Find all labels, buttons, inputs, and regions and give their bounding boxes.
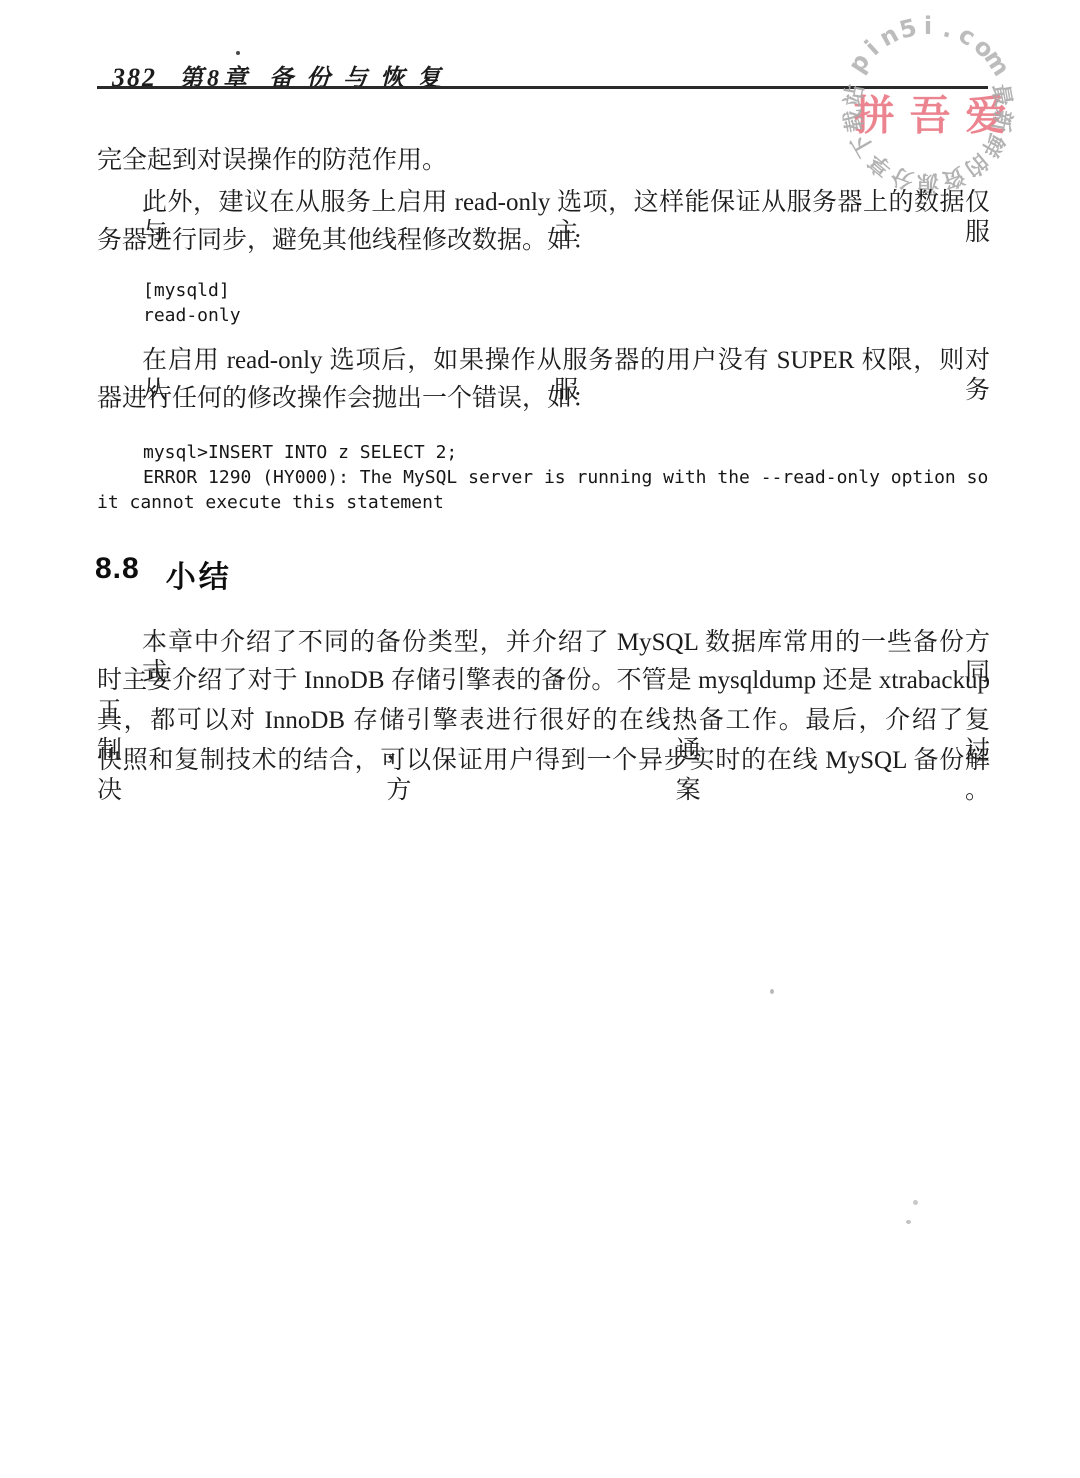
scan-speck xyxy=(770,989,774,994)
watermark-arc-letter: o xyxy=(968,32,999,64)
watermark-ring-char: 下 xyxy=(843,129,881,164)
paragraph-2-line-2: 务器进行同步，避免其他线程修改数据。如： xyxy=(97,226,597,256)
header-rule xyxy=(97,86,988,89)
watermark-ring-char: 享 xyxy=(861,147,898,185)
scan-speck xyxy=(236,51,240,55)
watermark-ring-char: 新 xyxy=(986,108,1020,135)
watermark-ring-char: 的 xyxy=(958,147,995,185)
watermark-arc-letter: . xyxy=(940,14,956,43)
code-block-2-line-3: it cannot execute this statement xyxy=(97,492,444,514)
watermark-arc-letter: n xyxy=(875,20,903,53)
paragraph-1: 完全起到对误操作的防范作用。 xyxy=(97,146,447,176)
watermark-arc-letter: i xyxy=(860,35,885,61)
code-block-1-line-2: read-only xyxy=(143,305,241,327)
section-number: 8.8 xyxy=(95,552,140,596)
watermark-arc-letter: c xyxy=(954,20,980,51)
scan-speck xyxy=(913,1200,918,1205)
code-block-1-line-1: [mysqld] xyxy=(143,280,230,302)
scan-speck xyxy=(906,1220,911,1224)
section-title: 小结 xyxy=(166,552,232,596)
book-page: 382 第8章 备份与恢复 拼吾爱 pin5i.com最新鲜的资源分享下载站 完… xyxy=(0,0,1080,1478)
watermark-arc-letter: p xyxy=(843,48,876,78)
watermark-arc-letter: i xyxy=(924,12,932,40)
watermark-ring-char: 最 xyxy=(986,81,1020,108)
watermark-center-text: 拼吾爱 xyxy=(839,83,1022,142)
paragraph-3-line-2: 器进行任何的修改操作会抛出一个错误，如： xyxy=(97,384,597,414)
watermark-ring-char: 鲜 xyxy=(975,129,1013,164)
section-heading: 8.8 小结 xyxy=(95,552,232,596)
watermark-arc-letter: 5 xyxy=(896,13,919,44)
code-block-2-line-2: ERROR 1290 (HY000): The MySQL server is … xyxy=(143,467,988,489)
code-block-2-line-1: mysql>INSERT INTO z SELECT 2; xyxy=(143,442,457,464)
paragraph-4-line-4: 快照和复制技术的结合，可以保证用户得到一个异步实时的在线 MySQL 备份解决方… xyxy=(97,746,990,806)
watermark-arc-letter: m xyxy=(978,45,1015,81)
watermark-ring-char: 载 xyxy=(836,108,870,135)
